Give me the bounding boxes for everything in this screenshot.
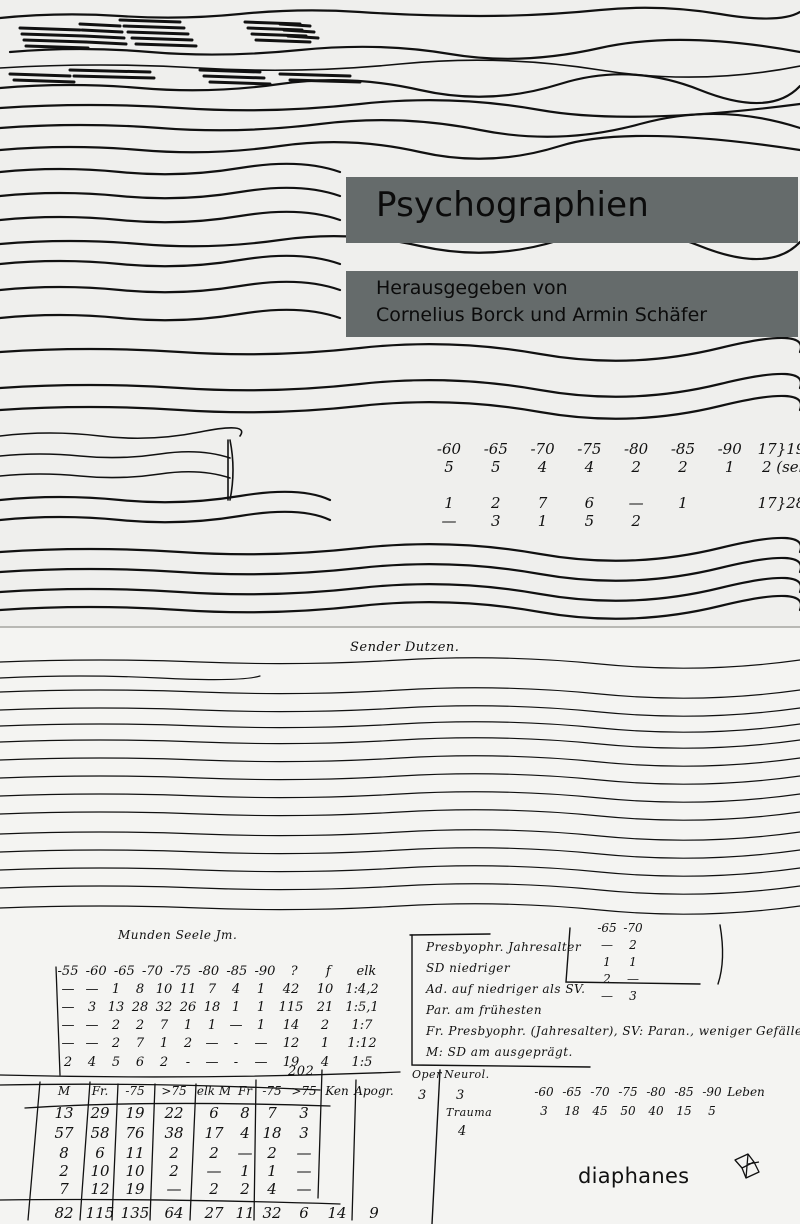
right-series-values: 318455040155	[530, 1104, 726, 1118]
bottom-table-annotation: 202	[288, 1064, 314, 1079]
bottom-table-row: 132919226873	[44, 1104, 320, 1122]
note-line: Ad. auf niedriger als SV.	[426, 982, 585, 996]
upper-table-row: 1 2 7 6 — 1 17}28	[428, 494, 800, 512]
edited-by-label: Herausgegeben von	[376, 277, 568, 299]
upper-table-row: 5 5 4 4 2 2 1 2 (seln)	[428, 458, 800, 476]
page-heading: Sender Dutzen.	[350, 640, 459, 655]
folded-paper-cube-icon	[732, 1152, 762, 1182]
note-line: Par. am frühesten	[426, 1003, 542, 1017]
editors-names: Cornelius Borck und Armin Schäfer	[376, 304, 707, 326]
small-table: -65-70 —2 11 2— —3	[594, 920, 646, 1005]
side-label: 3	[418, 1088, 427, 1103]
lower-left-heading: Munden Seele Jm.	[118, 928, 237, 942]
lower-table-row: ——2712—-—1211:12	[56, 1036, 382, 1051]
book-title: Psychographien	[376, 185, 649, 225]
side-label: Oper	[412, 1068, 442, 1081]
bottom-table-row: 71219—224—	[44, 1180, 320, 1198]
publisher-name: diaphanes	[578, 1164, 689, 1188]
bottom-table-row: 57587638174183	[44, 1124, 320, 1142]
upper-table-row: — 3 1 5 2	[428, 512, 657, 530]
lower-table-row: —3132832261811115211:5,1	[56, 1000, 382, 1015]
note-line: M: SD am ausgeprägt.	[426, 1045, 573, 1059]
book-cover: -60 -65 -70 -75 -80 -85 -90 17}19 5 5 4 …	[0, 0, 800, 1224]
right-series-header: -60-65-70-75-80-85-90Leben	[530, 1085, 766, 1099]
note-line: Presbyophr. Jahresalter	[426, 940, 581, 954]
upper-table-header: -60 -65 -70 -75 -80 -85 -90 17}19	[428, 440, 800, 458]
side-label: 3	[456, 1088, 465, 1103]
side-label: Trauma	[446, 1106, 492, 1119]
bottom-table-row: 861122—2—	[44, 1144, 320, 1162]
note-line: SD niedriger	[426, 961, 510, 975]
lower-table-row: ——22711—11421:7	[56, 1018, 382, 1033]
title-box: Psychographien	[346, 177, 798, 243]
lower-table-row: 24562-—-—1941:5	[56, 1055, 382, 1070]
side-label: Neurol.	[444, 1068, 490, 1081]
lower-table-header: -55 -60 -65 -70 -75 -80 -85 -90 ? f elk	[56, 964, 383, 979]
editors-box: Herausgegeben von Cornelius Borck und Ar…	[346, 271, 798, 337]
bottom-table-totals: 82115135642711326149	[44, 1204, 394, 1222]
side-label: 4	[458, 1124, 467, 1139]
bottom-table-header: MFr.-75>75elk MFr-75>75KenApogr.	[44, 1084, 394, 1098]
lower-table-row: ——18101174142101:4,2	[56, 982, 382, 997]
note-line: Fr. Presbyophr. (Jahresalter), SV: Paran…	[426, 1024, 800, 1038]
bottom-table-row: 210102—11—	[44, 1162, 320, 1180]
